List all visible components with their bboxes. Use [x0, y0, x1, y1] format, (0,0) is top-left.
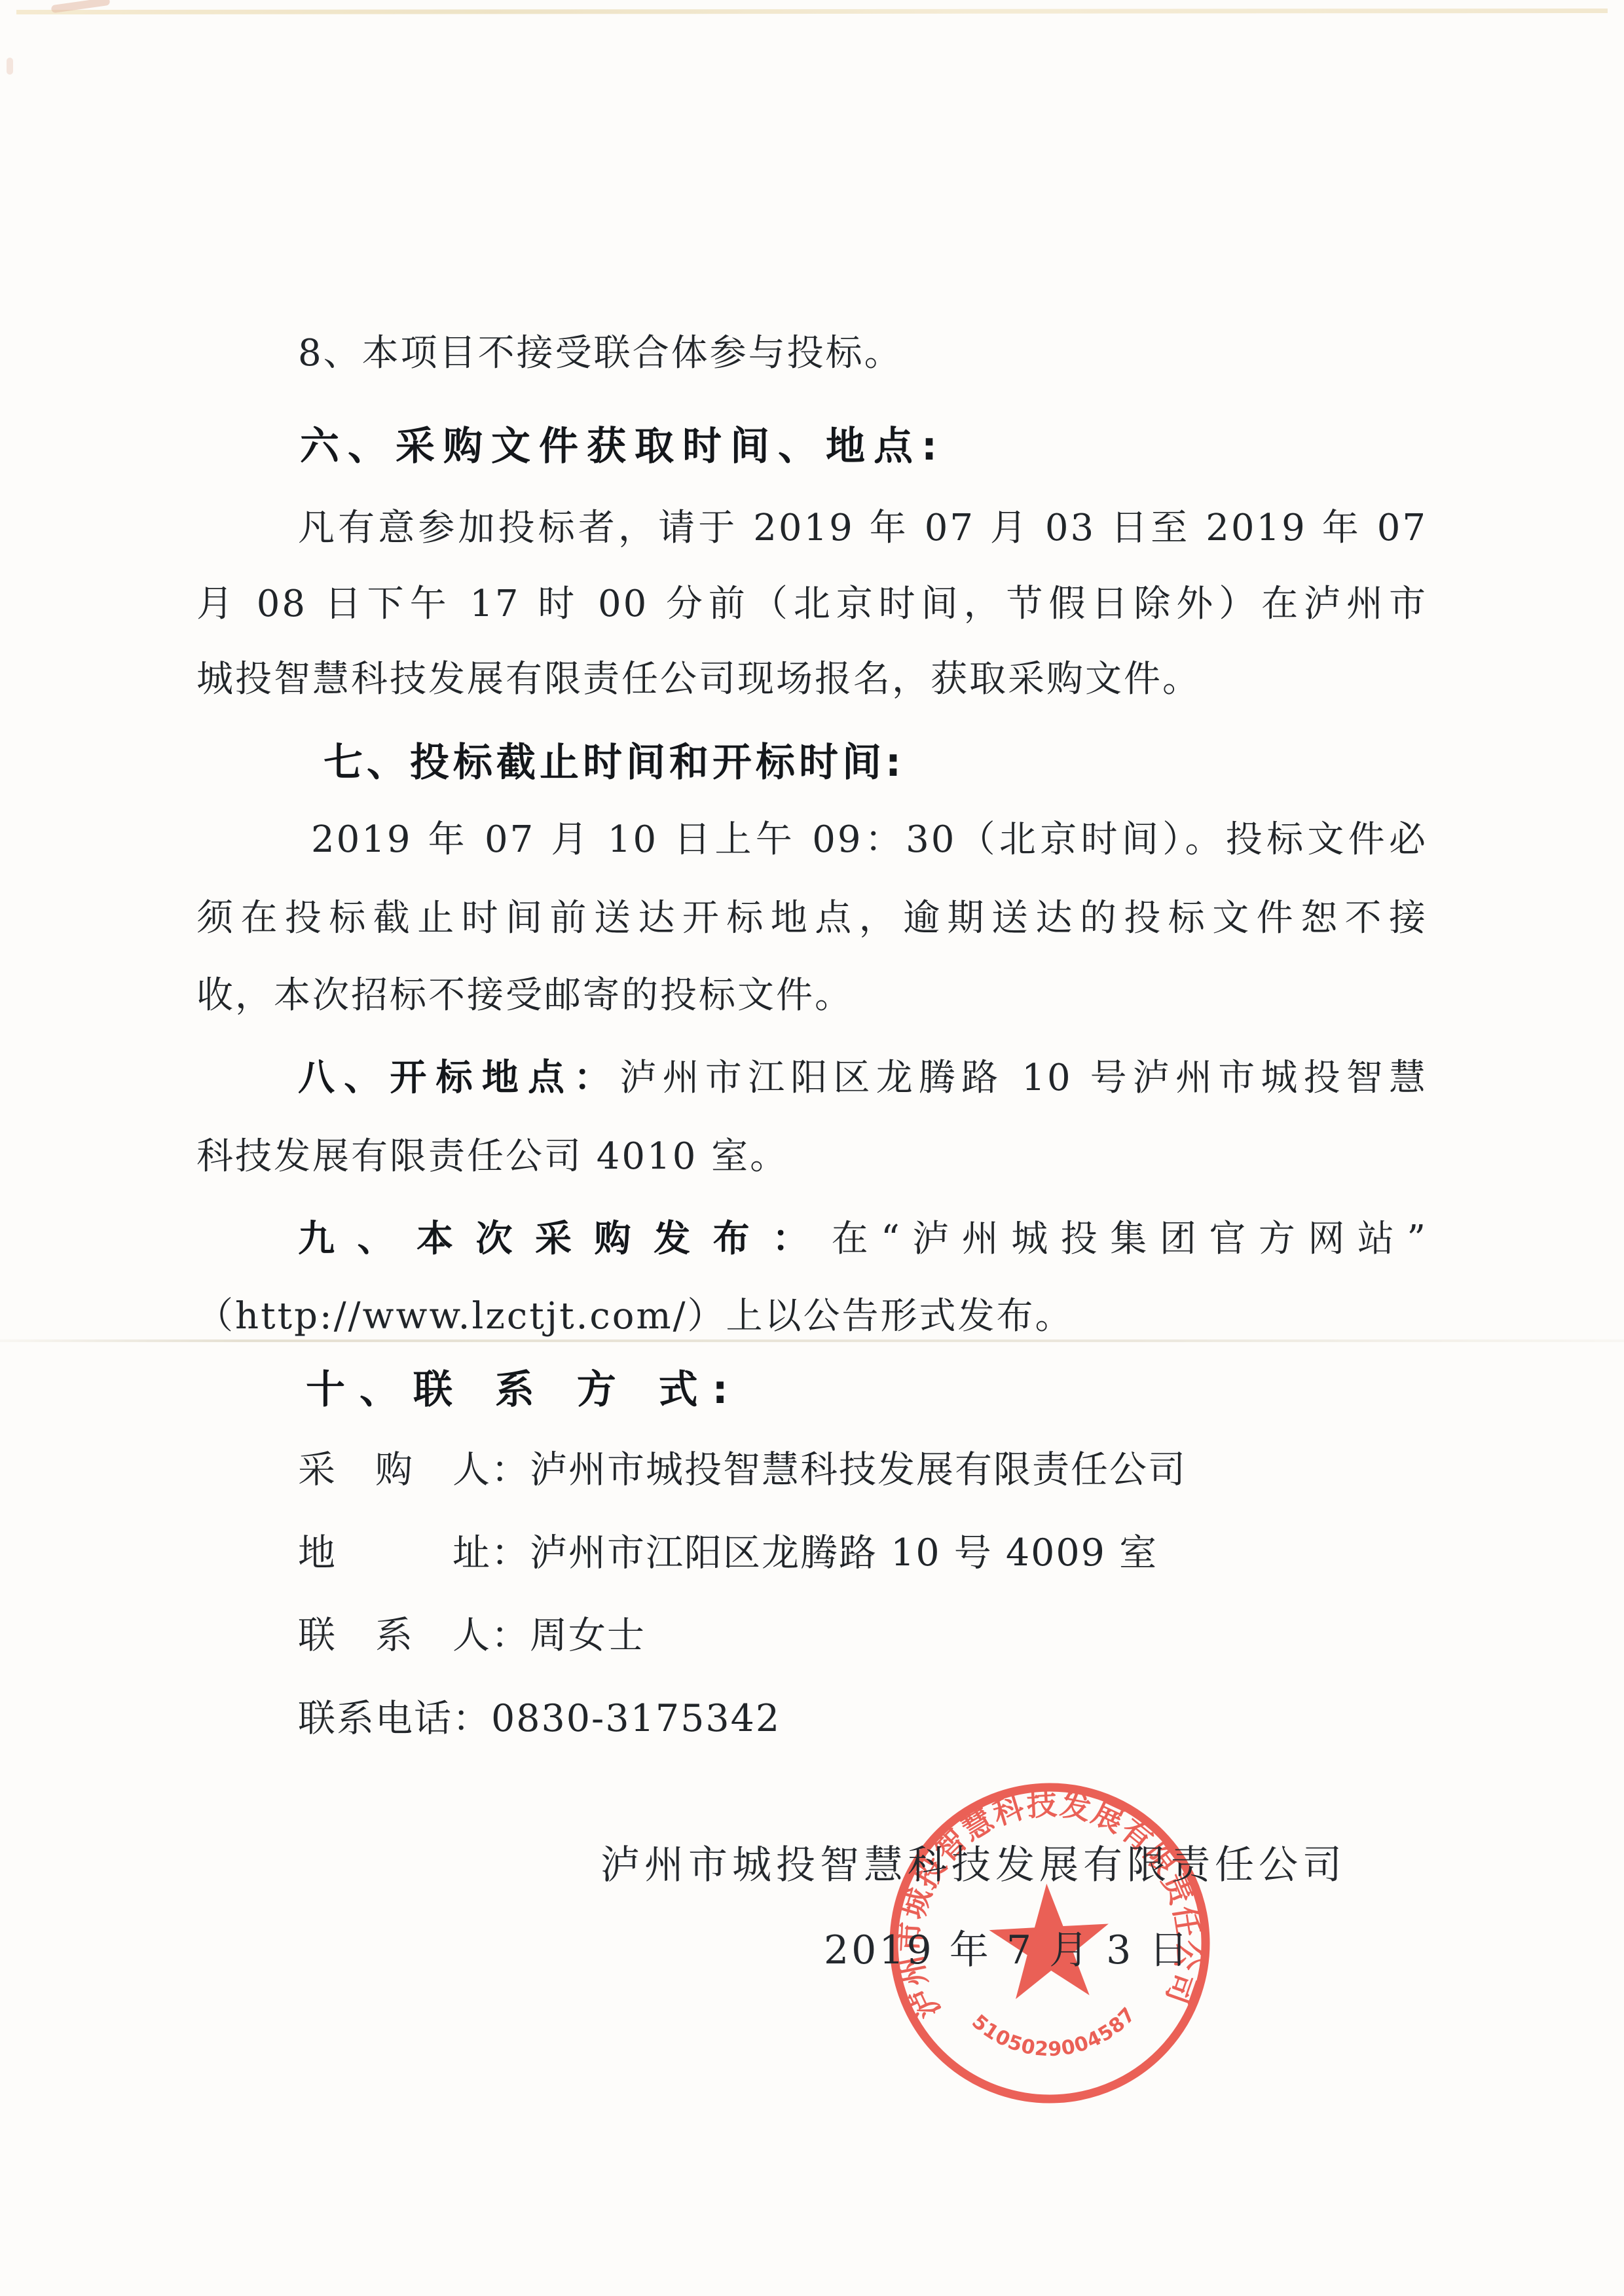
section-9-label: 九、本次采购发布：	[298, 1218, 832, 1260]
section-8-line-1: 八、开标地点：泸州市江阳区龙腾路 10 号泸州市城投智慧	[196, 1055, 1428, 1101]
section-6-heading: 六、采购文件获取时间、地点:	[300, 422, 946, 471]
contact-phone: 联系电话：0830-3175342	[298, 1696, 781, 1742]
section-9-line-1: 九、本次采购发布：在“泸州城投集团官方网站”	[196, 1216, 1428, 1262]
clause-8-text: 8、本项目不接受联合体参与投标。	[298, 331, 903, 376]
section-10-heading: 十、联 系 方 式:	[306, 1366, 743, 1415]
section-9-text: 在“泸州城投集团官方网站”	[832, 1218, 1428, 1260]
section-8-label: 八、开标地点：	[298, 1057, 619, 1099]
section-6-line-2: 月 08 日下午 17 时 00 分前（北京时间，节假日除外）在泸州市	[196, 581, 1428, 627]
section-8-text: 泸州市江阳区龙腾路 10 号泸州市城投智慧	[619, 1057, 1428, 1099]
contact-address: 地 址：泸州市江阳区龙腾路 10 号 4009 室	[298, 1530, 1158, 1576]
signature-company: 泸州市城投智慧科技发展有限责任公司	[600, 1841, 1346, 1890]
scan-artifact-top-line	[16, 9, 1608, 14]
contact-buyer: 采 购 人：泸州市城投智慧科技发展有限责任公司	[298, 1447, 1187, 1493]
section-7-line-2: 须在投标截止时间前送达开标地点，逾期送达的投标文件恕不接	[196, 896, 1428, 941]
section-8-line-2: 科技发展有限责任公司 4010 室。	[196, 1134, 788, 1180]
section-6-line-1: 凡有意参加投标者，请于 2019 年 07 月 03 日至 2019 年 07	[196, 505, 1428, 551]
section-7-heading: 七、投标截止时间和开标时间:	[323, 738, 905, 788]
signature-date: 2019 年 7 月 3 日	[824, 1926, 1190, 1975]
scan-artifact-red-speck-2	[7, 58, 13, 75]
scan-artifact-red-speck-1	[51, 0, 111, 13]
section-9-line-2: （http://www.lzctjt.com/）上以公告形式发布。	[196, 1294, 1073, 1339]
section-6-line-3: 城投智慧科技发展有限责任公司现场报名，获取采购文件。	[196, 657, 1201, 702]
scanned-document-page: 泸州市城投智慧科技发展有限责任公司 5105029004587 8、本项目不接受…	[0, 0, 1624, 2296]
section-7-line-3: 收，本次招标不接受邮寄的投标文件。	[196, 973, 853, 1019]
section-7-line-1: 2019 年 07 月 10 日上午 09：30（北京时间）。投标文件必	[196, 817, 1428, 863]
contact-person: 联 系 人：周女士	[298, 1613, 646, 1659]
seal-serial: 5105029004587	[967, 2002, 1143, 2066]
scan-artifact-faint-line	[0, 1339, 1624, 1342]
